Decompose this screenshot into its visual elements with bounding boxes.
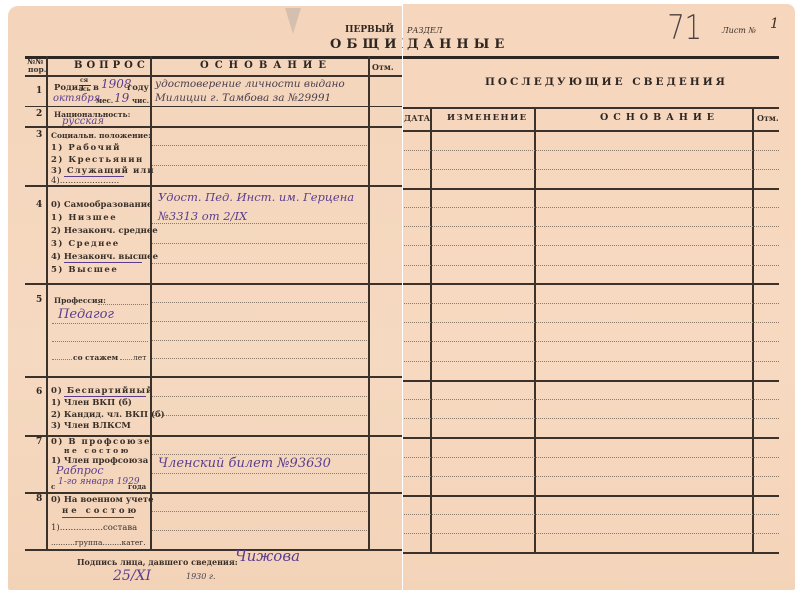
nationality-value[interactable]: русская: [62, 116, 104, 127]
row-divider: [25, 376, 402, 378]
option: не состою: [64, 446, 131, 456]
paper-fold-mark: [285, 8, 301, 34]
option-selected[interactable]: 3) Служащий или: [51, 166, 155, 176]
row-number: 7: [36, 437, 42, 447]
col-divider: [46, 56, 48, 551]
years-label: лет: [133, 353, 146, 363]
ruled-line: [98, 304, 148, 305]
birth-suffix-top: ся: [80, 77, 88, 84]
table-bottom-border: [403, 552, 779, 554]
ruled-line: [152, 511, 367, 512]
option: 2) Крестьянин: [51, 155, 144, 165]
option: 0) На военном учете: [51, 495, 154, 505]
right-page: [403, 4, 795, 590]
profession-value[interactable]: Педагог: [58, 307, 114, 322]
ruled-line: [152, 530, 367, 531]
option: 3) Член ВЛКСМ: [51, 421, 131, 431]
option-selected[interactable]: 0) Беспартийный: [51, 386, 153, 396]
signature-label: Подпись лица, давшего сведения:: [77, 557, 238, 567]
ruled-line: [404, 399, 779, 400]
option: 1) Член ВКП (б): [51, 398, 132, 408]
ruled-line: [120, 359, 132, 360]
selection-underline: [64, 262, 142, 263]
option: 5) Высшее: [51, 265, 118, 275]
row-divider: [25, 492, 402, 494]
option: 1)................состава: [51, 523, 137, 533]
ruled-line: [404, 303, 779, 304]
ruled-line: [152, 302, 367, 303]
ruled-line: [404, 341, 779, 342]
signature-year[interactable]: 1930 г.: [186, 572, 216, 581]
row-divider: [403, 495, 779, 497]
ruled-line: [152, 223, 367, 224]
header-mark: Отм.: [372, 62, 394, 72]
row-number: 8: [36, 494, 42, 504]
ruled-line: [404, 150, 779, 151]
ruled-line: [404, 418, 779, 419]
option: 3) Среднее: [51, 239, 120, 249]
subsequent-info-title: ПОСЛЕДУЮЩИЕ СВЕДЕНИЯ: [485, 76, 728, 88]
option: 0) Самообразование: [51, 200, 152, 210]
ruled-line: [404, 265, 779, 266]
since-label: с: [51, 482, 55, 492]
row-number: 6: [36, 387, 42, 397]
ruled-line: [52, 323, 148, 324]
col-divider: [534, 107, 536, 554]
option: 1) Низшее: [51, 213, 117, 223]
ruled-line: [152, 340, 367, 341]
ruled-line: [404, 457, 779, 458]
in-label: в: [93, 83, 99, 93]
section-title-data: ДАННЫЕ: [407, 37, 509, 52]
sheet-number-value[interactable]: 1: [770, 16, 779, 32]
header-mark: Отм.: [757, 113, 779, 123]
ruled-line: [152, 358, 367, 359]
row-divider: [403, 283, 779, 285]
social-status-label: Социальн. положение:: [51, 131, 151, 141]
ruled-line: [404, 245, 779, 246]
ruled-line: [152, 145, 367, 146]
ruled-line: [152, 473, 367, 474]
ruled-line: [152, 243, 367, 244]
ruled-line: [404, 476, 779, 477]
option-selected[interactable]: 4) Незаконч. высшее: [51, 252, 158, 262]
row-divider: [403, 380, 779, 382]
header-date: ДАТА: [404, 113, 430, 123]
birth-month-value[interactable]: октября: [53, 93, 100, 104]
year-label: года: [128, 482, 146, 492]
archive-number[interactable]: 71: [667, 8, 702, 48]
col-divider: [368, 56, 370, 551]
option: ..........группа........катег.: [51, 538, 146, 548]
option: 2) Кандид. чл. ВКП (б): [51, 410, 165, 420]
row-number: 2: [36, 109, 42, 119]
col-divider: [752, 107, 754, 554]
basis-line[interactable]: №3313 от 2/IX: [158, 209, 247, 223]
union-name-value[interactable]: Рабпрос: [56, 464, 104, 477]
option: 2) Незаконч. среднее: [51, 226, 158, 236]
row-divider: [403, 437, 779, 439]
row-number: 4: [36, 200, 42, 210]
col-divider: [430, 107, 432, 554]
birth-day-value[interactable]: 19: [114, 91, 129, 105]
header-basis: ОСНОВАНИЕ: [200, 60, 332, 71]
signature-name[interactable]: Чижова: [235, 547, 300, 565]
ruled-line: [152, 415, 367, 416]
ruled-line: [152, 396, 367, 397]
basis-line[interactable]: Членский билет №93630: [158, 456, 331, 471]
row-number: 5: [36, 295, 42, 305]
header-rule: [403, 56, 779, 59]
header-basis: ОСНОВАНИЕ: [600, 112, 719, 123]
ruled-line: [404, 226, 779, 227]
option-selected[interactable]: не состою: [62, 506, 139, 516]
ruled-line: [52, 359, 72, 360]
day-label: чис.: [132, 96, 149, 106]
ruled-line: [152, 165, 367, 166]
row-number: 1: [36, 86, 42, 96]
section-label-first: ПЕРВЫЙ: [345, 25, 394, 35]
year-label: году: [127, 83, 149, 93]
birth-suffix-bottom: ась: [79, 85, 91, 93]
basis-line[interactable]: Милиции г. Тамбова за №29991: [155, 92, 331, 104]
section-label-razdel: РАЗДЕЛ: [407, 26, 442, 35]
basis-line[interactable]: удостоверение личности выдано: [155, 78, 345, 90]
ruled-line: [404, 169, 779, 170]
ruled-line: [404, 533, 779, 534]
month-label: мес.: [96, 96, 113, 106]
row-number: 3: [36, 130, 42, 140]
row-divider: [25, 283, 402, 285]
ruled-line: [52, 341, 148, 342]
ruled-line: [404, 514, 779, 515]
header-number-line2: пор.: [28, 66, 46, 74]
ruled-line: [152, 454, 367, 455]
table-header-bottom: [403, 130, 779, 132]
basis-line[interactable]: Удост. Пед. Инст. им. Герцена: [158, 190, 354, 204]
option: 1) Рабочий: [51, 143, 121, 153]
header-change: ИЗМЕНЕНИЕ: [447, 113, 528, 123]
ruled-line: [152, 263, 367, 264]
table-bottom-border: [25, 549, 402, 551]
ruled-line: [404, 322, 779, 323]
ruled-line: [404, 361, 779, 362]
sheet-number-label: Лист №: [722, 26, 756, 35]
table-top-border: [403, 107, 779, 109]
ruled-line: [404, 207, 779, 208]
signature-date[interactable]: 25/XI: [113, 568, 151, 584]
row-divider: [25, 106, 402, 107]
table-top-border: [25, 56, 402, 59]
experience-label: со стажем: [73, 353, 118, 363]
option: 4)......................: [51, 176, 119, 186]
selection-underline: [64, 396, 146, 397]
header-question: ВОПРОС: [74, 60, 149, 71]
row-divider: [403, 188, 779, 190]
selection-underline: [62, 517, 134, 518]
ruled-line: [152, 321, 367, 322]
